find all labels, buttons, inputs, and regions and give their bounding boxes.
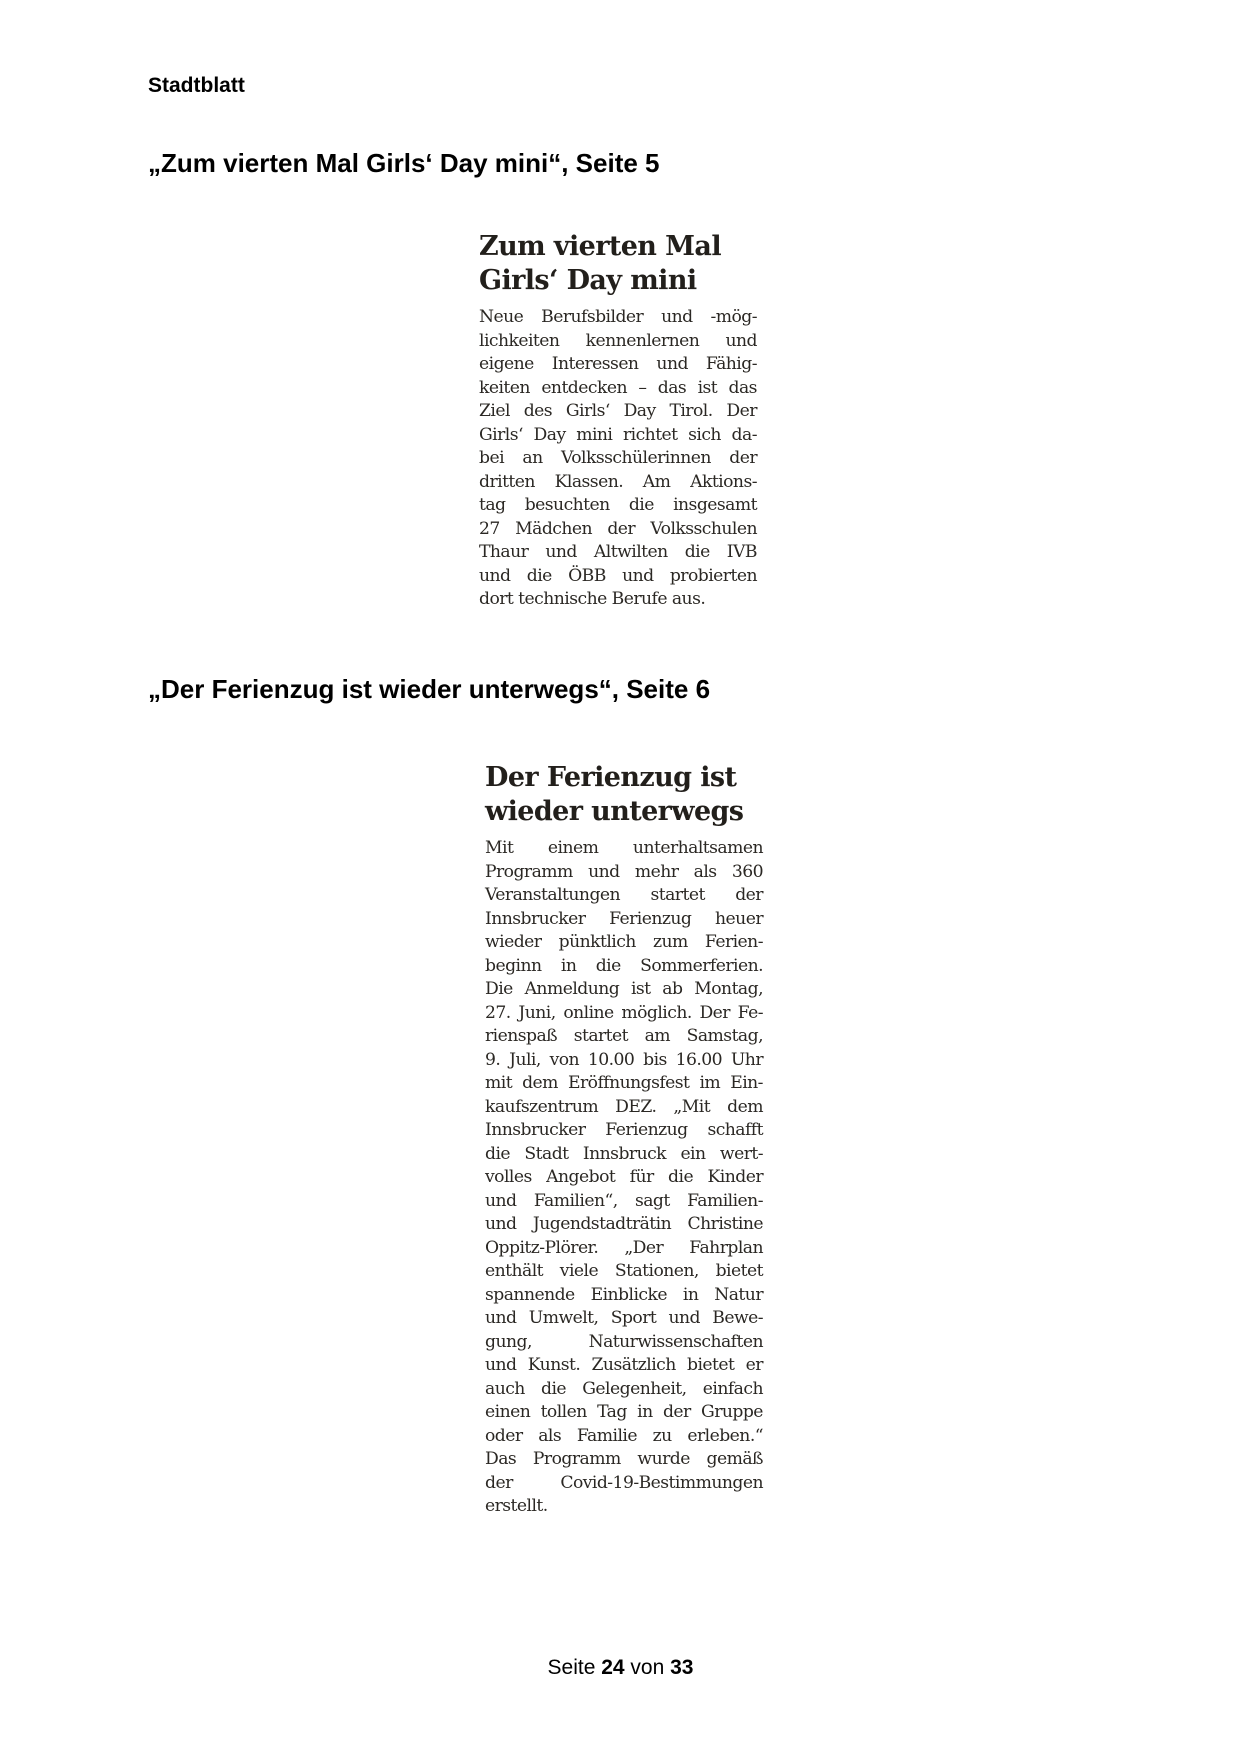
word: einfach xyxy=(703,1378,763,1402)
clipping-body-line: enthältvieleStationen,bietet xyxy=(485,1260,763,1284)
clipping-body-line: Oppitz-Plörer.„DerFahrplan xyxy=(485,1237,763,1261)
word: Tag xyxy=(597,1401,627,1425)
word: schafft xyxy=(707,1119,763,1143)
word: Innsbruck xyxy=(583,1143,666,1167)
word: startet xyxy=(650,884,704,908)
word: 27 xyxy=(479,518,500,542)
clipping-body-line: lichkeitenkennenlernenund xyxy=(479,330,757,354)
word: – xyxy=(638,377,646,401)
word: einen xyxy=(485,1401,530,1425)
word: einem xyxy=(548,837,598,861)
clipping-body-line: InnsbruckerFerienzugheuer xyxy=(485,908,763,932)
word: besuchten xyxy=(525,494,610,518)
word: 27. xyxy=(485,1002,511,1026)
clipping-body-line: spannendeEinblickeinNatur xyxy=(485,1284,763,1308)
word: bietet xyxy=(716,1260,763,1284)
word: heuer xyxy=(715,908,763,932)
clipping-body-line: keitenentdecken–dasistdas xyxy=(479,377,757,401)
clipping-body-line: dort technische Berufe aus. xyxy=(479,588,757,612)
word: Stadt xyxy=(524,1143,568,1167)
current-page-number: 24 xyxy=(601,1656,624,1679)
word: mini xyxy=(576,424,612,448)
word: Fähig- xyxy=(706,353,757,377)
word: das xyxy=(658,377,686,401)
word: Zusätzlich xyxy=(592,1354,676,1378)
clipping-body-line: kaufszentrumDEZ.„Mitdem xyxy=(485,1096,763,1120)
word: startet xyxy=(574,1025,628,1049)
word: die xyxy=(541,1378,566,1402)
word: 16.00 xyxy=(676,1049,722,1073)
word: oder xyxy=(485,1425,523,1449)
word: Kunst. xyxy=(528,1354,581,1378)
word: zum xyxy=(653,931,688,955)
clipping-body-line: undKunst.Zusätzlichbieteter xyxy=(485,1354,763,1378)
word: ist xyxy=(698,377,718,401)
word: Interessen xyxy=(552,353,639,377)
word: mehr xyxy=(635,861,679,885)
word: Day xyxy=(624,400,656,424)
clipping-body-line: NeueBerufsbilderund-mög- xyxy=(479,306,757,330)
clipping-body-line: undUmwelt,SportundBewe- xyxy=(485,1307,763,1331)
word: eigene xyxy=(479,353,534,377)
word: als xyxy=(538,1425,561,1449)
clipping-body-line: erstellt. xyxy=(485,1495,763,1519)
word: Ziel xyxy=(479,400,510,424)
word: Uhr xyxy=(731,1049,763,1073)
clipping-body-line: Veranstaltungenstartetder xyxy=(485,884,763,908)
footer-prefix: Seite xyxy=(548,1656,602,1679)
word: Day xyxy=(534,424,566,448)
word: wurde xyxy=(637,1448,689,1472)
word: Christine xyxy=(688,1213,763,1237)
word: er xyxy=(746,1354,763,1378)
word: DEZ. xyxy=(615,1096,656,1120)
clipping-body-line: Miteinemunterhaltsamen xyxy=(485,837,763,861)
word: Programm xyxy=(533,1448,621,1472)
word: Innsbrucker xyxy=(485,908,585,932)
clipping-body-line: Programmundmehrals360 xyxy=(485,861,763,885)
clipping-body-line: oderalsFamiliezuerleben.“ xyxy=(485,1425,763,1449)
publication-name: Stadtblatt xyxy=(148,74,245,98)
word: Volksschülerinnen xyxy=(561,447,711,471)
word: Fahrplan xyxy=(689,1237,763,1261)
word: insgesamt xyxy=(673,494,757,518)
clipping-body-line: dieStadtInnsbruckeinwert- xyxy=(485,1143,763,1167)
word: kaufszentrum xyxy=(485,1096,598,1120)
word: Girls‘ xyxy=(479,424,523,448)
word: und xyxy=(479,565,511,589)
word: Naturwissenschaften xyxy=(589,1331,763,1355)
clipping-title-line: Girls‘ Day mini xyxy=(479,264,757,298)
word: gemäß xyxy=(707,1448,763,1472)
word: Innsbrucker xyxy=(485,1119,585,1143)
clipping-body-line: beianVolksschülerinnender xyxy=(479,447,757,471)
clipping-title-line: Der Ferienzug ist xyxy=(485,761,763,795)
clipping-body-line: vollesAngebotfürdieKinder xyxy=(485,1166,763,1190)
clipping-body: NeueBerufsbilderund-mög-lichkeitenkennen… xyxy=(479,306,757,612)
word: Thaur xyxy=(479,541,528,565)
word: 9. xyxy=(485,1049,500,1073)
clipping-title-line: wieder unterwegs xyxy=(485,795,763,829)
word: in xyxy=(561,955,576,979)
word: ein xyxy=(680,1143,705,1167)
word: sich xyxy=(688,424,721,448)
word: ÖBB xyxy=(568,565,606,589)
word: der xyxy=(607,518,635,542)
word: Anmeldung xyxy=(525,978,620,1002)
word: Gelegenheit, xyxy=(582,1378,686,1402)
word: Klassen. xyxy=(555,471,624,495)
word: enthält xyxy=(485,1260,543,1284)
word: und xyxy=(661,306,693,330)
word: und xyxy=(485,1213,517,1237)
clipping-ferienzug: Der Ferienzug ist wieder unterwegs Mitei… xyxy=(485,761,763,1519)
word: Ferienzug xyxy=(609,908,691,932)
word: die xyxy=(685,541,710,565)
word: Oppitz-Plörer. xyxy=(485,1237,598,1261)
clipping-body-line: ThaurundAltwiltendieIVB xyxy=(479,541,757,565)
word: Mädchen xyxy=(515,518,592,542)
word: 360 xyxy=(732,861,763,885)
word: wieder xyxy=(485,931,541,955)
word: Einblicke xyxy=(591,1284,667,1308)
word: -mög- xyxy=(710,306,757,330)
word: im xyxy=(699,1072,720,1096)
word: Natur xyxy=(714,1284,763,1308)
word: Angebot xyxy=(546,1166,615,1190)
word: auch xyxy=(485,1378,525,1402)
word: rienspaß xyxy=(485,1025,557,1049)
word: IVB xyxy=(727,541,757,565)
word: 10.00 xyxy=(588,1049,634,1073)
word: der xyxy=(729,447,757,471)
word: und xyxy=(725,330,757,354)
word: Montag, xyxy=(694,978,763,1002)
word: Die xyxy=(485,978,513,1002)
clipping-body-line: unddieÖBBundprobierten xyxy=(479,565,757,589)
clipping-body-line: undJugendstadträtinChristine xyxy=(485,1213,763,1237)
word: Covid-19-Bestimmungen xyxy=(560,1472,763,1496)
word: gung, xyxy=(485,1331,532,1355)
word: Bewe- xyxy=(712,1307,763,1331)
word: Girls‘ xyxy=(566,400,610,424)
word: der xyxy=(663,1401,691,1425)
word: „Mit xyxy=(673,1096,710,1120)
word: Programm xyxy=(485,861,573,885)
word: von xyxy=(550,1049,579,1073)
word: „Der xyxy=(624,1237,663,1261)
word: mit xyxy=(485,1072,512,1096)
word: zu xyxy=(653,1425,672,1449)
word: Jugendstadträtin xyxy=(533,1213,671,1237)
word: die xyxy=(485,1143,510,1167)
word: in xyxy=(637,1401,652,1425)
clipping-body-line: rienspaßstartetamSamstag, xyxy=(485,1025,763,1049)
word: lichkeiten xyxy=(479,330,559,354)
word: möglich. xyxy=(621,1002,691,1026)
word: Das xyxy=(485,1448,516,1472)
word: die xyxy=(527,565,552,589)
clipping-body-line: tagbesuchtendieinsgesamt xyxy=(479,494,757,518)
word: keiten xyxy=(479,377,530,401)
word: für xyxy=(630,1166,654,1190)
word: beginn xyxy=(485,955,542,979)
word: am xyxy=(645,1025,670,1049)
clipping-body-line: 27.Juni,onlinemöglich.DerFe- xyxy=(485,1002,763,1026)
word: und xyxy=(485,1307,517,1331)
word: erleben.“ xyxy=(687,1425,763,1449)
clipping-body-line: DasProgrammwurdegemäß xyxy=(485,1448,763,1472)
word: da- xyxy=(732,424,757,448)
word: des xyxy=(524,400,552,424)
word: Ferienzug xyxy=(605,1119,687,1143)
word: dritten xyxy=(479,471,535,495)
word: und xyxy=(588,861,620,885)
clipping-body-line: drittenKlassen.AmAktions- xyxy=(479,471,757,495)
clipping-body-line: wiederpünktlichzumFerien- xyxy=(485,931,763,955)
word: pünktlich xyxy=(559,931,636,955)
page-footer: Seite 24 von 33 xyxy=(0,1656,1241,1680)
clipping-body-line: 27MädchenderVolksschulen xyxy=(479,518,757,542)
word: online xyxy=(563,1002,613,1026)
word: und xyxy=(668,1307,700,1331)
footer-middle: von xyxy=(625,1656,671,1679)
word: die xyxy=(668,1166,693,1190)
clipping-body-line: eigeneInteressenundFähig- xyxy=(479,353,757,377)
word: Kinder xyxy=(707,1166,763,1190)
word: dem xyxy=(522,1072,558,1096)
word: Ferien- xyxy=(705,931,763,955)
word: entdecken xyxy=(541,377,627,401)
word: Stationen, xyxy=(615,1260,699,1284)
clipping-body-line: Girls‘Dayminirichtetsichda- xyxy=(479,424,757,448)
word: an xyxy=(522,447,542,471)
section-heading-ferienzug: „Der Ferienzug ist wieder unterwegs“, Se… xyxy=(148,674,710,705)
clipping-body-line: derCovid-19-Bestimmungen xyxy=(485,1472,763,1496)
word: richtet xyxy=(623,424,678,448)
clipping-title: Der Ferienzug ist wieder unterwegs xyxy=(485,761,763,829)
word: Familien“, xyxy=(534,1190,618,1214)
word: in xyxy=(683,1284,698,1308)
word: Berufsbilder xyxy=(541,306,643,330)
word: das xyxy=(729,377,757,401)
word: viele xyxy=(560,1260,598,1284)
word: wert- xyxy=(720,1143,763,1167)
word: als xyxy=(694,861,717,885)
word: Mit xyxy=(485,837,513,861)
word: Familie xyxy=(577,1425,637,1449)
word: Gruppe xyxy=(701,1401,763,1425)
clipping-body-line: undFamilien“,sagtFamilien- xyxy=(485,1190,763,1214)
clipping-girls-day: Zum vierten Mal Girls‘ Day mini NeueBeru… xyxy=(479,230,757,612)
word: Am xyxy=(643,471,671,495)
word: Sport xyxy=(611,1307,657,1331)
clipping-title: Zum vierten Mal Girls‘ Day mini xyxy=(479,230,757,298)
word: und xyxy=(485,1354,517,1378)
word: Volksschulen xyxy=(650,518,757,542)
clipping-body-line: 9.Juli,von10.00bis16.00Uhr xyxy=(485,1049,763,1073)
word: Der xyxy=(699,1002,730,1026)
clipping-title-line: Zum vierten Mal xyxy=(479,230,757,264)
word: ist xyxy=(631,978,651,1002)
clipping-body-line: einentollenTaginderGruppe xyxy=(485,1401,763,1425)
word: Altwilten xyxy=(594,541,668,565)
word: ab xyxy=(662,978,682,1002)
word: die xyxy=(629,494,654,518)
word: spannende xyxy=(485,1284,575,1308)
word: Veranstaltungen xyxy=(485,884,620,908)
word: volles xyxy=(485,1166,532,1190)
word: und xyxy=(485,1190,517,1214)
word: sagt xyxy=(635,1190,670,1214)
section-heading-girls-day: „Zum vierten Mal Girls‘ Day mini“, Seite… xyxy=(148,148,660,179)
word: probierten xyxy=(670,565,757,589)
word: tollen xyxy=(541,1401,587,1425)
word: Familien- xyxy=(687,1190,763,1214)
word: tag xyxy=(479,494,506,518)
word: bis xyxy=(643,1049,667,1073)
word: Umwelt, xyxy=(529,1307,599,1331)
word: Neue xyxy=(479,306,523,330)
word: und xyxy=(545,541,577,565)
clipping-body-line: beginnindieSommerferien. xyxy=(485,955,763,979)
word: Ein- xyxy=(730,1072,763,1096)
word: Juli, xyxy=(509,1049,541,1073)
word: bei xyxy=(479,447,504,471)
word: Samstag, xyxy=(687,1025,763,1049)
word: Eröffnungsfest xyxy=(568,1072,689,1096)
word: unterhaltsamen xyxy=(633,837,763,861)
word: der xyxy=(735,884,763,908)
word: Tirol. xyxy=(669,400,712,424)
word: die xyxy=(596,955,621,979)
word: Sommerferien. xyxy=(640,955,763,979)
word: bietet xyxy=(687,1354,734,1378)
word: dem xyxy=(727,1096,763,1120)
word: Fe- xyxy=(738,1002,763,1026)
clipping-body-line: ZieldesGirls‘DayTirol.Der xyxy=(479,400,757,424)
word: und xyxy=(622,565,654,589)
word: der xyxy=(485,1472,513,1496)
word: Der xyxy=(726,400,757,424)
clipping-body-line: gung,Naturwissenschaften xyxy=(485,1331,763,1355)
clipping-body-line: DieAnmeldungistabMontag, xyxy=(485,978,763,1002)
clipping-body-line: auchdieGelegenheit,einfach xyxy=(485,1378,763,1402)
total-page-count: 33 xyxy=(670,1656,693,1679)
word: Juni, xyxy=(518,1002,555,1026)
word: Aktions- xyxy=(690,471,757,495)
clipping-body: MiteinemunterhaltsamenProgrammundmehrals… xyxy=(485,837,763,1519)
clipping-body-line: mitdemEröffnungsfestimEin- xyxy=(485,1072,763,1096)
clipping-body-line: InnsbruckerFerienzugschafft xyxy=(485,1119,763,1143)
word: kennenlernen xyxy=(586,330,700,354)
word: und xyxy=(656,353,688,377)
